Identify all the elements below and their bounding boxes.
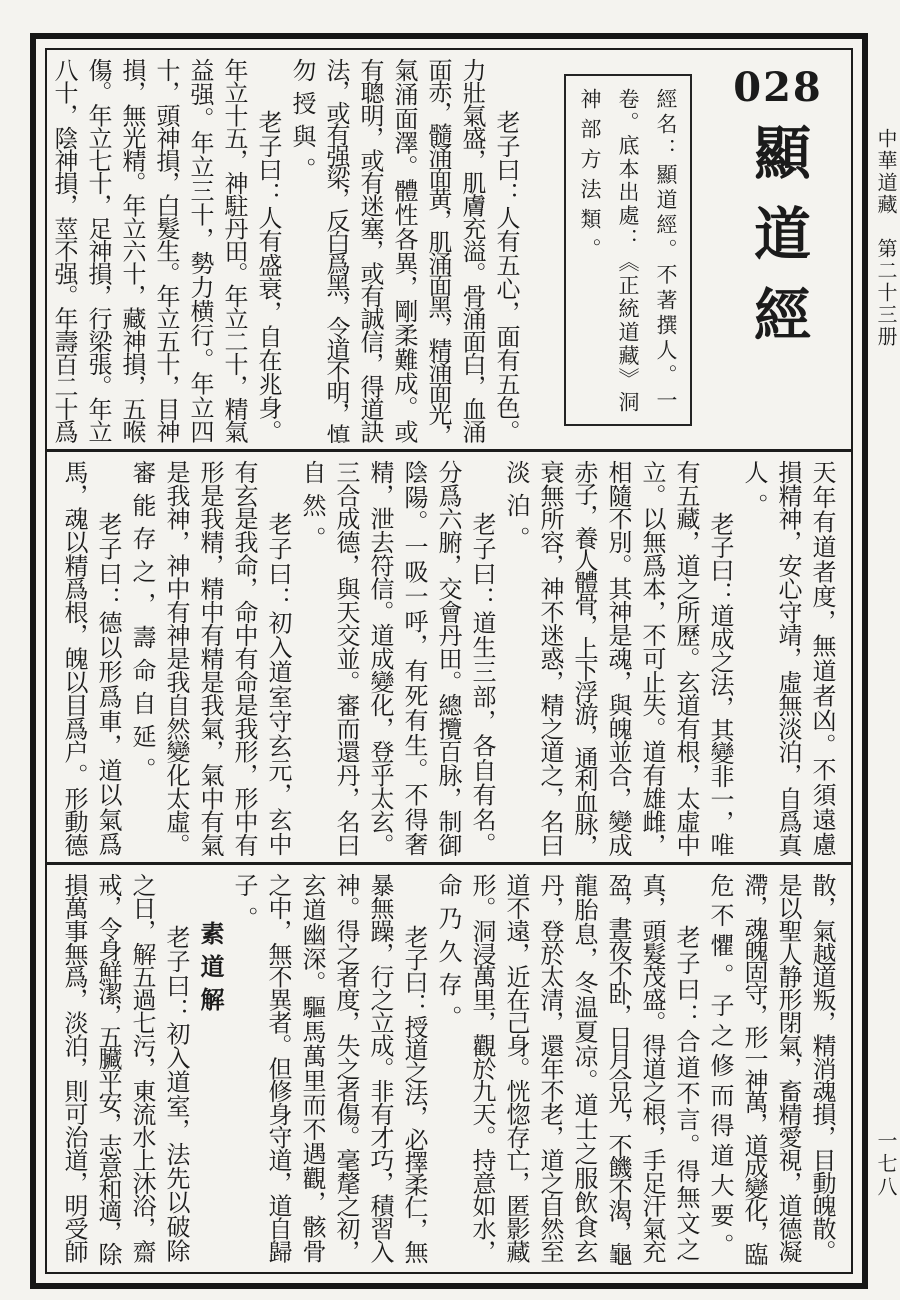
text-column: 之日，解五過七污，東流水上沐浴，齋 [125,873,159,1266]
text-column: 丹，登於太清，還年不老，道之自然至 [533,873,567,1266]
text-column: 面赤，髓涌面黄，肌涌面黑，精涌面光， [421,58,455,443]
text-column: 年立十五，神駐丹田。年立二十，精氣 [217,58,251,443]
text-column: 老子曰：初入道室，法先以破除 [159,873,193,1266]
text-column: 赤子，養人體骨，上下浮游，通利血脉， [567,460,601,856]
colophon-box-wrap: 經名：顯道經。不著撰人。一卷。底本出處：《正統道藏》洞神部方法類。 [549,58,707,443]
text-column: 子。 [227,873,261,1266]
text-column: 道不遠，近在己身。恍惚存亡，匿影藏 [499,873,533,1266]
text-column: 損萬事無爲，淡泊，則可治道，明受師 [57,873,91,1266]
text-column: 損精神，安心守靖，虛無淡泊，自爲真 [771,460,805,856]
text-column: 形是我精，精中有精是我氣，氣中有氣 [193,460,227,856]
text-column: 之中，無不異者。但修身守道，道自歸 [261,873,295,1266]
volume-label: 中華道藏 第二十三册 [872,128,900,348]
text-column: 神部方法類。 [571,88,609,412]
page-frame: 028 顯道經 經名：顯道經。不著撰人。一卷。底本出處：《正統道藏》洞神部方法類… [30,33,868,1289]
text-column: 傷。年立七十，足神損，行梁張。年立 [81,58,115,443]
text-column: 氣涌面澤。體性各異，剛柔難成。或 [387,58,421,443]
section-heading: 素道解 [193,873,227,1266]
text-column: 有玄是我命，命中有命是我形，形中有 [227,460,261,856]
bottom-text-band: 散，氣越道叛，精消魂損，目動魄散。是以聖人静形閉氣，畜精愛視，道德凝滯，魂魄固守… [47,865,851,1272]
scripture-title: 顯道經 [750,123,807,366]
text-column: 十，頭神損，白髮生。年立五十，目神 [149,58,183,443]
text-column: 老子曰：德以形爲車，道以氣爲 [91,460,125,856]
text-column: 暴無躁，行之立成。非有才巧，積習入 [363,873,397,1266]
middle-text-band: 天年有道者度，無道者凶。不須遠慮損精神，安心守靖，虛無淡泊，自爲真人。老子曰：道… [47,452,851,865]
text-column: 真，頭髮茂盛。得道之根，手足汗氣充 [635,873,669,1266]
text-column: 經名：顯道經。不著撰人。一 [647,88,685,412]
text-column: 老子曰：授道之法，必擇柔仁，無 [397,873,431,1266]
text-column: 老子曰：人有盛衰，自在兆身。 [251,58,285,443]
text-column: 有五藏，道之所歷。玄道有根，太虛中 [669,460,703,856]
text-column: 滯，魂魄固守，形一神萬，道成變化，臨 [737,873,771,1266]
text-column: 龍胎息，冬温夏凉。道士之服飲食玄 [567,873,601,1266]
scripture-number: 028 [733,64,823,111]
text-column: 散，氣越道叛，精消魂損，目動魄散。 [805,873,839,1266]
text-column: 盈，晝夜不卧，日月合光，不饑不渴，龜 [601,873,635,1266]
text-column: 審能存之，壽命自延。 [125,460,159,856]
text-column: 法，或有强梁，反白爲黑，令道不明，慎 [319,58,353,443]
text-column: 相隨不別。其神是魂，與魄並合，變成 [601,460,635,856]
text-column: 陰陽。一吸一呼，有死有生。不得奢 [397,460,431,856]
text-column: 形。洞浸萬里，觀於九天。持意如水， [465,873,499,1266]
text-column: 淡泊。 [499,460,533,856]
text-column: 三合成德，與天交並。審而還丹，名曰 [329,460,363,856]
text-column: 自然。 [295,460,329,856]
text-column: 危不懼。子之修而得道大要。 [703,873,737,1266]
top-text-band: 028 顯道經 經名：顯道經。不著撰人。一卷。底本出處：《正統道藏》洞神部方法類… [47,50,851,452]
scanned-book-page: 028 顯道經 經名：顯道經。不著撰人。一卷。底本出處：《正統道藏》洞神部方法類… [0,0,900,1300]
text-column: 勿授與。 [285,58,319,443]
scripture-header: 028 顯道經 [717,58,839,443]
text-column: 人。 [737,460,771,856]
text-column: 命乃久存。 [431,873,465,1266]
text-column: 益强。年立三十，勢力横行。年立四 [183,58,217,443]
text-column: 天年有道者度，無道者凶。不須遠慮 [805,460,839,856]
page-number: 一七八 [872,1130,900,1199]
text-column: 八十，陰神損，莖不强。年壽百二十爲 [47,58,81,443]
text-column: 精，泄去符信。道成變化，登乎太玄。 [363,460,397,856]
text-column: 老子曰：道成之法，其變非一，唯 [703,460,737,856]
text-column: 損，無光精。年立六十，藏神損，五喉 [115,58,149,443]
colophon-box: 經名：顯道經。不著撰人。一卷。底本出處：《正統道藏》洞神部方法類。 [564,74,692,426]
text-column: 神。得之者度，失之者傷。毫氂之初， [329,873,363,1266]
text-column: 是以聖人静形閉氣，畜精愛視，道德凝 [771,873,805,1266]
text-column: 立。以無爲本，不可止失。道有雄雌， [635,460,669,856]
text-column: 玄道幽深。驅馬萬里而不遇觀，骸骨 [295,873,329,1266]
text-column: 老子曰：初入道室守玄元，玄中 [261,460,295,856]
text-column: 卷。底本出處：《正統道藏》洞 [609,88,647,412]
text-column: 老子曰：道生三部，各自有名。 [465,460,499,856]
text-column: 有聰明，或有迷塞，或有誠信，得道訣 [353,58,387,443]
text-column: 分爲六腑，交會丹田。總攬百脉，制御 [431,460,465,856]
content-area: 028 顯道經 經名：顯道經。不著撰人。一卷。底本出處：《正統道藏》洞神部方法類… [45,48,853,1274]
text-column: 力壯氣盛，肌膚充溢。骨涌面白，血涌 [455,58,489,443]
text-column: 馬，魂以精爲根，魄以目爲户。形動德 [57,460,91,856]
text-column: 是我神，神中有神是我自然變化太虛。 [159,460,193,856]
text-column: 老子曰：合道不言。得無文之 [669,873,703,1266]
text-column: 老子曰：人有五心，面有五色。 [489,58,523,443]
text-column: 戒，令身鮮潔，五臟平安，志意和適，除 [91,873,125,1266]
text-column: 衰無所容，神不迷惑，精之道之，名曰 [533,460,567,856]
